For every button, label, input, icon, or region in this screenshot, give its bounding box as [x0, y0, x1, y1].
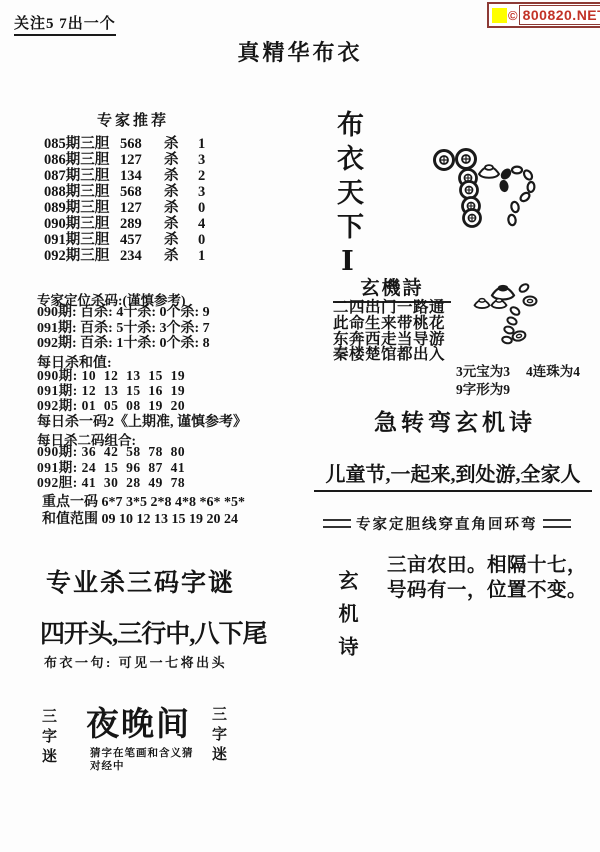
poem-line: 此命生来带桃花 [333, 316, 445, 332]
yellow-swatch-icon [492, 8, 507, 23]
xuanji-poem: 二四出门一路通 此命生来带桃花 东奔西走当导游 秦楼楚馆都出入 [333, 300, 445, 363]
period-cell: 086期三胆 [44, 152, 120, 168]
poem-line: 秦楼楚馆都出入 [333, 347, 445, 363]
sanzimi-word: 夜晚间 [86, 698, 191, 745]
buyiyiju-line: 布衣一句: 可见一七将出头 [44, 652, 227, 671]
dan-cell: 568 [120, 184, 164, 200]
table-row: 086期三胆127杀3 [44, 152, 214, 168]
dan-cell: 127 [120, 152, 164, 168]
figure-caption: 9字形为9 [456, 378, 510, 398]
sanzimi-label-right: 三字迷 [208, 706, 229, 766]
kill-cell: 1 [198, 248, 214, 264]
ermazuhe-rows: 090期: 36 42 58 78 80 091期: 24 15 96 87 4… [37, 444, 185, 491]
bottom-xuanji-text: 三亩农田。相隔十七， 号码有一，位置不变。 [387, 553, 587, 603]
dan-cell: 234 [120, 248, 164, 264]
kill-label: 杀 [164, 216, 198, 232]
jizhuanwan-title: 急转弯玄机诗 [330, 404, 580, 437]
list-item: 091期: 百杀: 5十杀: 3个杀: 7 [37, 321, 210, 337]
list-item: 092胆: 41 30 28 49 78 [37, 475, 185, 491]
caption-bead: 4连珠为4 [526, 364, 580, 379]
dan-cell: 568 [120, 136, 164, 152]
period-cell: 091期三胆 [44, 232, 120, 248]
ingot-icon [475, 299, 490, 308]
riddle-line: 号码有一，位置不变。 [387, 578, 587, 603]
shahezhi-rows: 090期: 10 12 13 15 19 091期: 12 13 15 16 1… [37, 368, 185, 413]
kill-cell: 0 [198, 200, 214, 216]
period-cell: 089期三胆 [44, 200, 120, 216]
table-row: 085期三胆568杀1 [44, 136, 214, 152]
recommend-title: 专家推荐 [97, 109, 169, 130]
dash-mark-icon [543, 519, 571, 528]
coin-icon [457, 150, 476, 169]
figure-caption: 3元宝为34连珠为4 [456, 360, 580, 380]
ingot-bead-figure [452, 278, 547, 354]
period-cell: 085期三胆 [44, 136, 120, 152]
coin-icon [464, 210, 481, 227]
dan-cell: 134 [120, 168, 164, 184]
top-note: 关注5 7出一个 [14, 12, 116, 36]
kill-cell: 2 [198, 168, 214, 184]
table-row: 091期三胆457杀0 [44, 232, 214, 248]
note-line: 对经中 [90, 760, 194, 773]
period-cell: 088期三胆 [44, 184, 120, 200]
kill-label: 杀 [164, 184, 198, 200]
table-row: 089期三胆127杀0 [44, 200, 214, 216]
copyright-mark: © [508, 8, 518, 23]
table-row: 088期三胆568杀3 [44, 184, 214, 200]
shasanma-title: 专业杀三码字谜 [46, 563, 235, 599]
ingot-icon [479, 165, 499, 178]
period-cell: 092期三胆 [44, 248, 120, 264]
coin-icon [461, 182, 478, 199]
kill-label: 杀 [164, 200, 198, 216]
kill-label: 杀 [164, 152, 198, 168]
site-url: 800820.NET [519, 5, 600, 25]
jizhuanwan-riddle: 儿童节,一起来,到处游,全家人 [314, 458, 592, 492]
kill-label: 杀 [164, 168, 198, 184]
period-cell: 087期三胆 [44, 168, 120, 184]
kill-cell: 3 [198, 184, 214, 200]
list-item: 091期: 12 13 15 16 19 [37, 383, 185, 398]
kill-label: 杀 [164, 232, 198, 248]
list-item: 092期: 百杀: 1十杀: 0个杀: 8 [37, 336, 210, 352]
list-item: 090期: 百杀: 4十杀: 0个杀: 9 [37, 305, 210, 321]
page-title: 真精华布衣 [0, 36, 600, 67]
dingwei-rows: 090期: 百杀: 4十杀: 0个杀: 9 091期: 百杀: 5十杀: 3个杀… [37, 305, 210, 352]
riddle-line: 三亩农田。相隔十七， [387, 553, 587, 578]
coin-bead-figure [420, 142, 555, 242]
list-item: 090期: 10 12 13 15 19 [37, 368, 185, 383]
lottery-chart-page: 关注5 7出一个 © 800820.NET 真精华布衣 专家推荐 085期三胆5… [0, 0, 600, 852]
shasanma-riddle: 四开头,三行中,八下尾 [40, 614, 267, 650]
sanzimi-notes: 猜字在笔画和含义猜 对经中 [90, 747, 194, 773]
list-item: 090期: 36 42 58 78 80 [37, 444, 185, 460]
hezhifanwei-line: 和值范围 09 10 12 13 15 19 20 24 [42, 508, 238, 528]
bottom-xuanji-label: 玄机诗 [332, 570, 361, 669]
table-row: 087期三胆134杀2 [44, 168, 214, 184]
note-line: 猜字在笔画和含义猜 [90, 747, 194, 760]
recommend-table: 085期三胆568杀1 086期三胆127杀3 087期三胆134杀2 088期… [44, 136, 214, 264]
kill-cell: 4 [198, 216, 214, 232]
dan-cell: 289 [120, 216, 164, 232]
dan-cell: 457 [120, 232, 164, 248]
coin-icon [435, 151, 454, 170]
kill-cell: 3 [198, 152, 214, 168]
sanzimi-label-left: 三字迷 [38, 708, 59, 768]
kill-label: 杀 [164, 248, 198, 264]
dan-cell: 127 [120, 200, 164, 216]
period-cell: 090期三胆 [44, 216, 120, 232]
dash-mark-icon [323, 519, 351, 528]
bead-ring-icon [500, 167, 535, 226]
kill-label: 杀 [164, 136, 198, 152]
kill-cell: 1 [198, 136, 214, 152]
tianxia-title: 布衣天下Ⅰ [329, 110, 368, 284]
caption-ingot: 3元宝为3 [456, 364, 510, 379]
jizhuanwan-footer: 专家定胆线穿直角回环弯 [318, 513, 590, 534]
shayima-line: 每日杀一码2《上期准, 谨慎参考》 [37, 411, 247, 431]
kill-cell: 0 [198, 232, 214, 248]
table-row: 090期三胆289杀4 [44, 216, 214, 232]
table-row: 092期三胆234杀1 [44, 248, 214, 264]
site-badge: © 800820.NET [487, 2, 600, 28]
ingot-icon [492, 286, 514, 300]
poem-line: 二四出门一路通 [333, 300, 445, 316]
footer-text: 专家定胆线穿直角回环弯 [356, 513, 538, 534]
coin-icon [524, 297, 537, 306]
list-item: 091期: 24 15 96 87 41 [37, 460, 185, 476]
